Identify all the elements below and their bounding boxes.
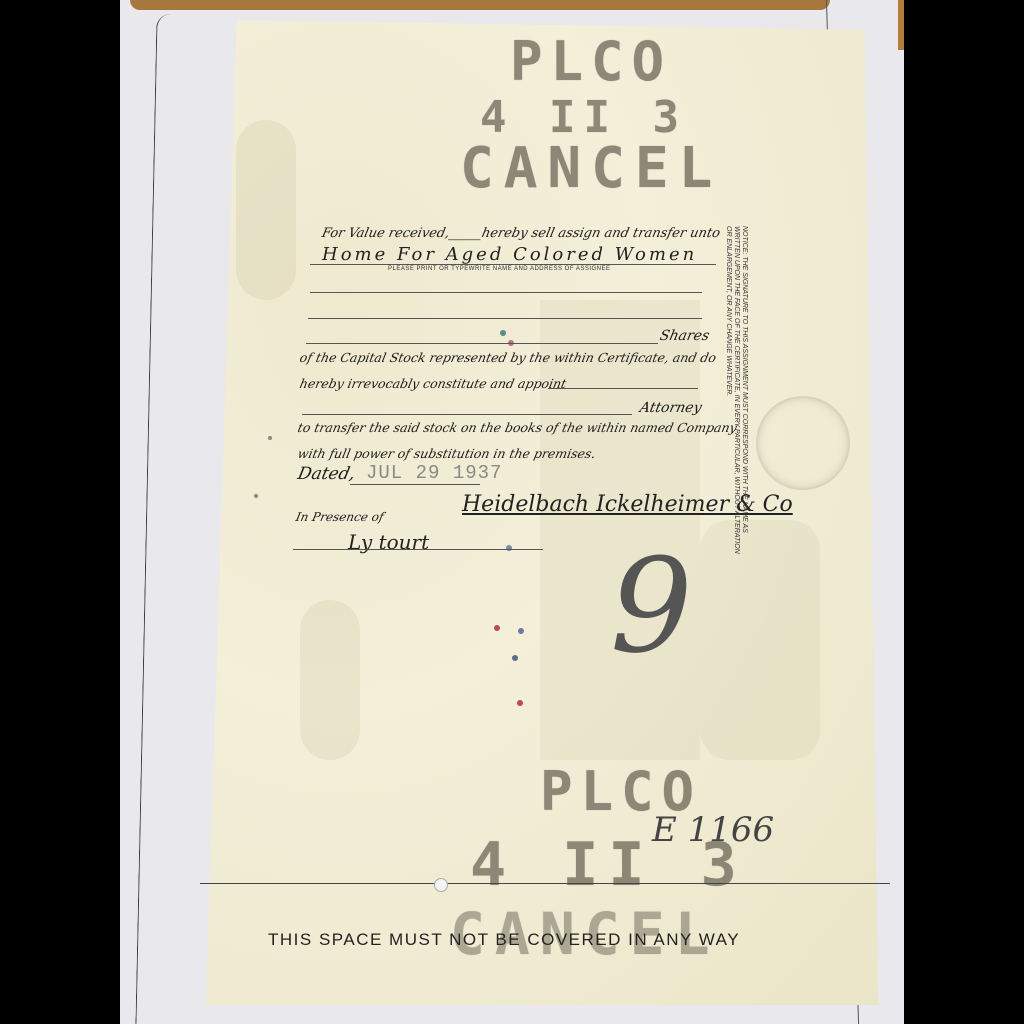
pencil-number: 9 xyxy=(610,530,693,682)
attorney-name-line xyxy=(548,388,698,389)
witness-signature: Ly tourt xyxy=(348,530,429,554)
folder-tab-edge xyxy=(898,0,904,50)
attorney-label: Attorney xyxy=(638,400,703,416)
embossed-seal xyxy=(756,396,850,490)
ghost-print-left-bottom xyxy=(300,600,360,760)
ghost-print-left-top xyxy=(236,120,296,300)
bottom-divider xyxy=(200,883,890,884)
shares-line xyxy=(306,343,658,344)
presence-label: In Presence of xyxy=(295,510,385,524)
bottom-notice: THIS SPACE MUST NOT BE COVERED IN ANY WA… xyxy=(268,930,740,950)
ghost-print-right xyxy=(700,520,820,760)
witness-line xyxy=(293,549,543,550)
punch-hole-mid-left xyxy=(254,494,258,498)
address-line-2 xyxy=(308,318,702,319)
perforation-top-1: PLCO xyxy=(510,30,672,93)
dated-line xyxy=(350,484,480,485)
assignee-label: PLEASE PRINT OR TYPEWRITE NAME AND ADDRE… xyxy=(388,266,611,272)
perforation-top-3: CANCEL xyxy=(460,136,722,201)
assignment-line-1: For Value received,_____hereby sell assi… xyxy=(320,226,721,241)
dated-stamp: JUL 29 1937 xyxy=(366,462,502,484)
address-line-1 xyxy=(310,292,702,293)
ink-dot xyxy=(500,330,506,336)
pencil-code: E 1166 xyxy=(652,810,774,850)
assignment-line-capital: of the Capital Stock represented by the … xyxy=(298,350,717,365)
ink-dot xyxy=(494,625,500,631)
punch-hole-left xyxy=(434,878,448,892)
dated-label: Dated, xyxy=(296,464,357,484)
assignee-line xyxy=(310,264,716,265)
signature-notice: NOTICE: THE SIGNATURE TO THIS ASSIGNMENT… xyxy=(724,226,748,556)
ink-dot xyxy=(518,628,524,634)
assignment-line-appoint: hereby irrevocably constitute and appoin… xyxy=(298,376,567,391)
punch-hole-top-left xyxy=(268,436,272,440)
shares-label: Shares xyxy=(658,328,711,344)
assignee-name: Home For Aged Colored Women xyxy=(322,244,697,265)
ink-dot xyxy=(517,700,523,706)
ink-dot xyxy=(512,655,518,661)
assignment-line-transfer: to transfer the said stock on the books … xyxy=(296,420,738,435)
folder-tab xyxy=(130,0,830,10)
ink-dot xyxy=(506,545,512,551)
assignment-line-power: with full power of substitution in the p… xyxy=(296,446,597,461)
attorney-line xyxy=(302,414,632,415)
